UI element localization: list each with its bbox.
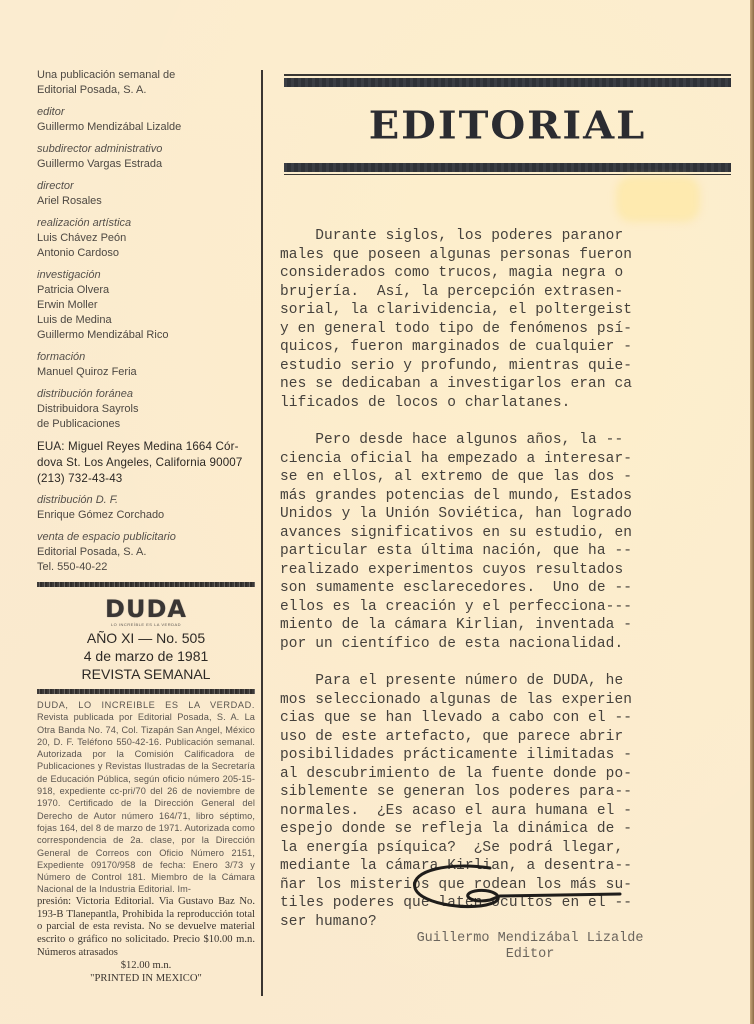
text-line: nes se dedicaban a investigarlos eran ca: [280, 375, 680, 394]
issue-frequency: REVISTA SEMANAL: [37, 665, 255, 683]
text-line: sorial, la clarividencia, el poltergeist: [280, 301, 680, 320]
credit-name: Erwin Moller: [37, 298, 255, 313]
text-line: miento de la cámara Kirlian, inventada -: [280, 616, 680, 635]
rule-thin: [284, 174, 731, 176]
text-line: lificados de locos o charlatanes.: [280, 394, 680, 413]
credit-role: distribución foránea: [37, 387, 255, 402]
credit-entry: investigaciónPatricia OlveraErwin Moller…: [37, 268, 255, 343]
column-divider: [261, 70, 263, 996]
credit-entry: venta de espacio publicitarioEditorial P…: [37, 530, 255, 575]
eua-distribution: EUA: Miguel Reyes Medina 1664 Cór- dova …: [37, 439, 255, 487]
signature-role: Editor: [380, 947, 680, 963]
duda-logo: DUDA: [37, 597, 255, 621]
masthead-column: Una publicación semanal de Editorial Pos…: [37, 68, 255, 985]
issue-number: AÑO XI — No. 505: [37, 629, 255, 647]
text-line: se en ellos, al extremo de que las dos -: [280, 468, 680, 487]
rule-thick: [284, 163, 731, 172]
editorial-header: EDITORIAL: [284, 72, 731, 177]
publisher-line: Una publicación semanal de Editorial Pos…: [37, 68, 255, 98]
text-line: siblemente se generan los poderes para--: [280, 783, 680, 802]
rule-thin: [284, 74, 731, 76]
credit-role: realización artística: [37, 216, 255, 231]
text-line: Para el presente número de DUDA, he: [280, 672, 680, 691]
text-line: avances significativos en su estudio, en: [280, 524, 680, 543]
text-line: considerados como trucos, magia negra o: [280, 264, 680, 283]
signature-name: Guillermo Mendizábal Lizalde: [380, 931, 680, 947]
credits-list: editorGuillermo Mendizábal Lizaldesubdir…: [37, 105, 255, 432]
credit-name: Guillermo Vargas Estrada: [37, 157, 255, 172]
rule-thick: [284, 78, 731, 87]
text-line: y en general todo tipo de fenómenos psí-: [280, 320, 680, 339]
credit-name: Distribuidora Sayrols: [37, 402, 255, 417]
logo-tagline: Lo increíble es la verdad: [37, 621, 255, 629]
credit-entry: formaciónManuel Quiroz Feria: [37, 350, 255, 380]
signature-icon: [380, 860, 680, 920]
credit-entry: directorAriel Rosales: [37, 179, 255, 209]
signature-block: Guillermo Mendizábal Lizalde Editor: [380, 860, 680, 963]
issue-block: DUDA Lo increíble es la verdad AÑO XI — …: [37, 589, 255, 687]
credit-role: venta de espacio publicitario: [37, 530, 255, 545]
credit-entry: distribución D. F.Enrique Gómez Corchado: [37, 493, 255, 523]
credit-entry: subdirector administrativoGuillermo Varg…: [37, 142, 255, 172]
text-line: Unidos y la Unión Soviética, han logrado: [280, 505, 680, 524]
text-line: brujería. Así, la percepción extrasen-: [280, 283, 680, 302]
text-line: son sumamente esclarecedores. Uno de --: [280, 579, 680, 598]
credit-entry: editorGuillermo Mendizábal Lizalde: [37, 105, 255, 135]
text-line: estudio serio y profundo, mientras quie-: [280, 357, 680, 376]
credit-name: Editorial Posada, S. A.: [37, 545, 255, 560]
editorial-body: Durante siglos, los poderes paranormales…: [280, 227, 680, 950]
text-line: posibilidades prácticamente ilimitadas -: [280, 746, 680, 765]
legal-notice: DUDA, LO INCREIBLE ES LA VERDAD. Revista…: [37, 699, 255, 896]
issue-date: 4 de marzo de 1981: [37, 647, 255, 665]
text-line: más grandes potencias del mundo, Estados: [280, 487, 680, 506]
text-line: al descubrimiento de la fuente donde po-: [280, 765, 680, 784]
text-line: mos seleccionado algunas de las experien: [280, 691, 680, 710]
text-line: la energía psíquica? ¿Se podrá llegar,: [280, 839, 680, 858]
page-edge: [750, 0, 754, 1024]
text-line: Durante siglos, los poderes paranor: [280, 227, 680, 246]
text-line: por un científico de esta nacionalidad.: [280, 635, 680, 654]
credit-role: distribución D. F.: [37, 493, 255, 508]
credit-name: Manuel Quiroz Feria: [37, 365, 255, 380]
text-line: males que poseen algunas personas fueron: [280, 246, 680, 265]
editorial-paragraph: Durante siglos, los poderes paranormales…: [280, 227, 680, 412]
credits-list-2: distribución D. F.Enrique Gómez Corchado…: [37, 493, 255, 575]
credit-role: director: [37, 179, 255, 194]
credit-name: Tel. 550-40-22: [37, 560, 255, 575]
credit-name: Guillermo Mendizábal Rico: [37, 328, 255, 343]
legal-notice-print: presión: Victoria Editorial. Via Gustavo…: [37, 896, 255, 960]
faded-stamp: [616, 176, 700, 222]
credit-entry: realización artísticaLuis Chávez PeónAnt…: [37, 216, 255, 261]
credit-role: formación: [37, 350, 255, 365]
text-line: quicos, fueron marginados de cualquier -: [280, 338, 680, 357]
credit-name: Antonio Cardoso: [37, 246, 255, 261]
text-line: espejo donde se refleja la dinámica de -: [280, 820, 680, 839]
printed-in: "PRINTED IN MEXICO": [37, 973, 255, 986]
text-line: uso de este artefacto, que parece abrir: [280, 728, 680, 747]
credit-name: Patricia Olvera: [37, 283, 255, 298]
text-line: ellos es la creación y el perfecciona---: [280, 598, 680, 617]
credit-entry: distribución foráneaDistribuidora Sayrol…: [37, 387, 255, 432]
credit-name: Enrique Gómez Corchado: [37, 508, 255, 523]
text-line: cias que se han llevado a cabo con el --: [280, 709, 680, 728]
hatched-rule: [37, 582, 255, 587]
back-issue-price: $12.00 m.n.: [37, 960, 255, 973]
credit-name: Guillermo Mendizábal Lizalde: [37, 120, 255, 135]
editorial-paragraph: Pero desde hace algunos años, la --cienc…: [280, 431, 680, 653]
credit-name: Luis Chávez Peón: [37, 231, 255, 246]
credit-role: subdirector administrativo: [37, 142, 255, 157]
credit-name: Luis de Medina: [37, 313, 255, 328]
text-line: normales. ¿Es acaso el aura humana el -: [280, 802, 680, 821]
text-line: Pero desde hace algunos años, la --: [280, 431, 680, 450]
credit-role: investigación: [37, 268, 255, 283]
editorial-title: EDITORIAL: [284, 96, 731, 156]
text-line: particular esta última nación, que ha --: [280, 542, 680, 561]
text-line: realizado experimentos cuyos resultados: [280, 561, 680, 580]
credit-name: Ariel Rosales: [37, 194, 255, 209]
credit-role: editor: [37, 105, 255, 120]
text-line: ciencia oficial ha empezado a interesar-: [280, 450, 680, 469]
hatched-rule: [37, 689, 255, 694]
credit-name: de Publicaciones: [37, 417, 255, 432]
